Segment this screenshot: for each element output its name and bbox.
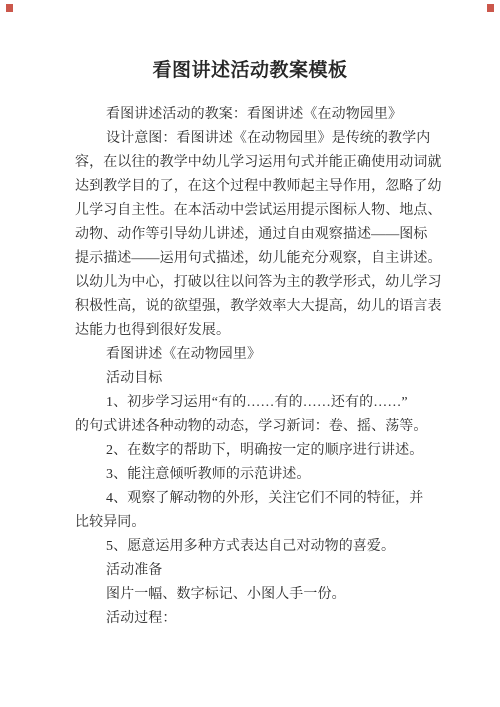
corner-artifact-right-icon — [487, 4, 494, 12]
text-line: 儿学习自主性。在本活动中尝试运用提示图标人物、地点、 — [75, 199, 441, 223]
document-page: 看图讲述活动教案模板 看图讲述活动的教案：看图讲述《在动物园里》设计意图：看图讲… — [0, 0, 500, 707]
text-line: 看图讲述《在动物园里》 — [75, 343, 441, 367]
text-line: 的句式讲述各种动物的动态，学习新词：卷、摇、荡等。 — [75, 415, 441, 439]
text-line: 容，在以往的教学中幼儿学习运用句式并能正确使用动词就 — [75, 151, 441, 175]
text-line: 2、在数字的帮助下，明确按一定的顺序进行讲述。 — [75, 439, 441, 463]
text-line: 提示描述——运用句式描述，幼儿能充分观察，自主讲述。 — [75, 247, 441, 271]
text-line: 活动过程： — [75, 607, 441, 631]
text-line: 1、初步学习运用“有的……有的……还有的……” — [75, 391, 441, 415]
corner-artifact-left-icon — [6, 4, 13, 12]
document-body: 看图讲述活动的教案：看图讲述《在动物园里》设计意图：看图讲述《在动物园里》是传统… — [75, 103, 441, 631]
text-line: 4、观察了解动物的外形，关注它们不同的特征，并 — [75, 487, 441, 511]
text-line: 看图讲述活动的教案：看图讲述《在动物园里》 — [75, 103, 441, 127]
document-title: 看图讲述活动教案模板 — [0, 58, 500, 84]
text-line: 动物、动作等引导幼儿讲述，通过自由观察描述——图标 — [75, 223, 441, 247]
text-line: 达到教学目的了，在这个过程中教师起主导作用，忽略了幼 — [75, 175, 441, 199]
text-line: 活动目标 — [75, 367, 441, 391]
text-line: 3、能注意倾听教师的示范讲述。 — [75, 463, 441, 487]
text-line: 设计意图：看图讲述《在动物园里》是传统的教学内 — [75, 127, 441, 151]
text-line: 活动准备 — [75, 559, 441, 583]
text-line: 以幼儿为中心，打破以往以问答为主的教学形式，幼儿学习 — [75, 271, 441, 295]
text-line: 积极性高，说的欲望强，教学效率大大提高，幼儿的语言表 — [75, 295, 441, 319]
text-line: 达能力也得到很好发展。 — [75, 319, 441, 343]
text-line: 比较异同。 — [75, 511, 441, 535]
text-line: 5、愿意运用多种方式表达自己对动物的喜爱。 — [75, 535, 441, 559]
text-line: 图片一幅、数字标记、小图人手一份。 — [75, 583, 441, 607]
